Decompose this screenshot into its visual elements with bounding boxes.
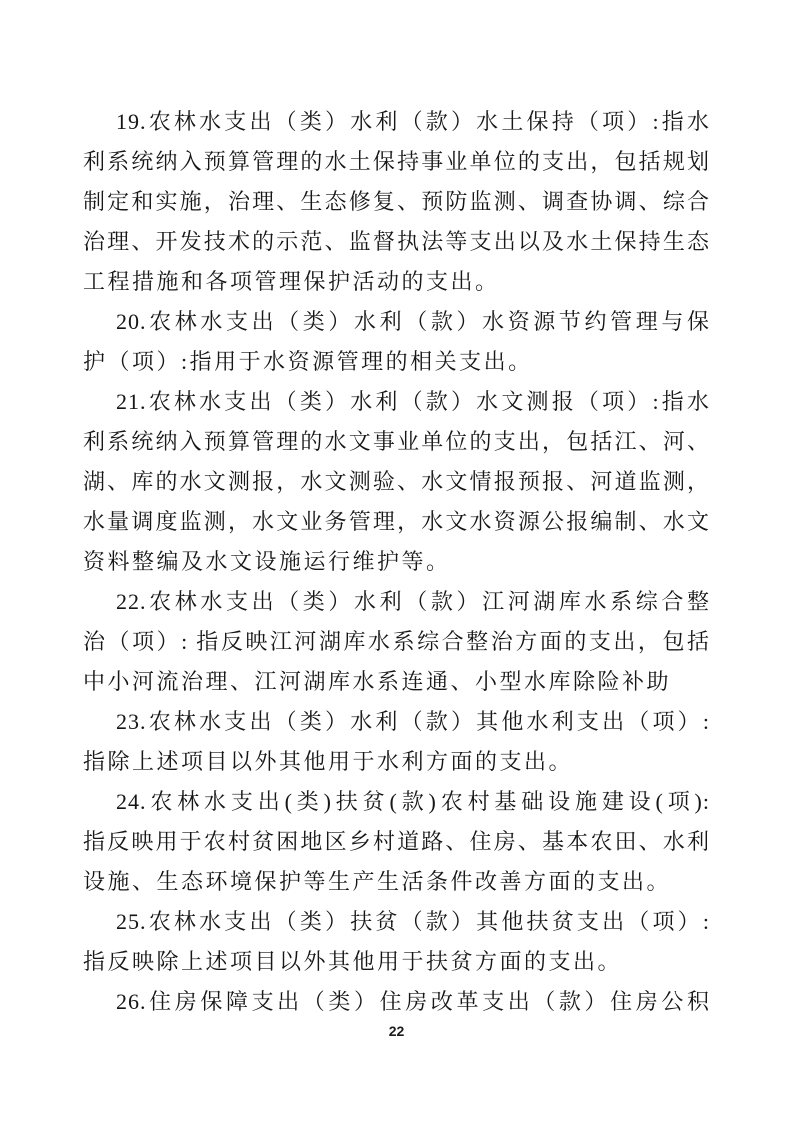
page-number: 22 bbox=[0, 1022, 793, 1040]
text-line: 24.农林水支出(类)扶贫(款)农村基础设施建设(项): bbox=[83, 782, 710, 822]
text-line: 工程措施和各项管理保护活动的支出。 bbox=[83, 262, 710, 302]
paragraph-item-20: 20.农林水支出（类）水利（款）水资源节约管理与保护（项）:指用于水资源管理的相… bbox=[83, 302, 710, 382]
document-page: 19.农林水支出（类）水利（款）水土保持（项）:指水利系统纳入预算管理的水土保持… bbox=[0, 0, 793, 1122]
text-line: 22.农林水支出（类）水利（款）江河湖库水系综合整 bbox=[83, 582, 710, 622]
text-line: 制定和实施，治理、生态修复、预防监测、调查协调、综合 bbox=[83, 182, 710, 222]
text-line: 水量调度监测，水文业务管理，水文水资源公报编制、水文 bbox=[83, 502, 710, 542]
paragraph-item-24: 24.农林水支出(类)扶贫(款)农村基础设施建设(项):指反映用于农村贫困地区乡… bbox=[83, 782, 710, 902]
paragraph-item-22: 22.农林水支出（类）水利（款）江河湖库水系综合整治（项）: 指反映江河湖库水系… bbox=[83, 582, 710, 702]
text-line: 25.农林水支出（类）扶贫（款）其他扶贫支出（项）: bbox=[83, 902, 710, 942]
text-line: 19.农林水支出（类）水利（款）水土保持（项）:指水 bbox=[83, 102, 710, 142]
text-line: 21.农林水支出（类）水利（款）水文测报（项）:指水 bbox=[83, 382, 710, 422]
text-line: 20.农林水支出（类）水利（款）水资源节约管理与保 bbox=[83, 302, 710, 342]
text-line: 治理、开发技术的示范、监督执法等支出以及水土保持生态 bbox=[83, 222, 710, 262]
text-line: 指除上述项目以外其他用于水利方面的支出。 bbox=[83, 742, 710, 782]
text-line: 23.农林水支出（类）水利（款）其他水利支出（项）: bbox=[83, 702, 710, 742]
paragraph-item-21: 21.农林水支出（类）水利（款）水文测报（项）:指水利系统纳入预算管理的水文事业… bbox=[83, 382, 710, 582]
text-line: 利系统纳入预算管理的水文事业单位的支出，包括江、河、 bbox=[83, 422, 710, 462]
text-line: 护（项）:指用于水资源管理的相关支出。 bbox=[83, 342, 710, 382]
text-line: 指反映除上述项目以外其他用于扶贫方面的支出。 bbox=[83, 942, 710, 982]
paragraph-item-25: 25.农林水支出（类）扶贫（款）其他扶贫支出（项）:指反映除上述项目以外其他用于… bbox=[83, 902, 710, 982]
text-line: 设施、生态环境保护等生产生活条件改善方面的支出。 bbox=[83, 862, 710, 902]
text-line: 湖、库的水文测报，水文测验、水文情报预报、河道监测， bbox=[83, 462, 710, 502]
paragraph-item-26: 26.住房保障支出（类）住房改革支出（款）住房公积 bbox=[83, 982, 710, 1022]
text-line: 资料整编及水文设施运行维护等。 bbox=[83, 542, 710, 582]
paragraph-item-19: 19.农林水支出（类）水利（款）水土保持（项）:指水利系统纳入预算管理的水土保持… bbox=[83, 102, 710, 302]
text-line: 中小河流治理、江河湖库水系连通、小型水库除险补助等。 bbox=[83, 662, 710, 702]
paragraph-item-23: 23.农林水支出（类）水利（款）其他水利支出（项）:指除上述项目以外其他用于水利… bbox=[83, 702, 710, 782]
document-body: 19.农林水支出（类）水利（款）水土保持（项）:指水利系统纳入预算管理的水土保持… bbox=[83, 102, 710, 1022]
text-line: 利系统纳入预算管理的水土保持事业单位的支出，包括规划 bbox=[83, 142, 710, 182]
text-line: 指反映用于农村贫困地区乡村道路、住房、基本农田、水利 bbox=[83, 822, 710, 862]
text-line: 治（项）: 指反映江河湖库水系综合整治方面的支出，包括 bbox=[83, 622, 710, 662]
text-line: 26.住房保障支出（类）住房改革支出（款）住房公积 bbox=[83, 982, 710, 1022]
